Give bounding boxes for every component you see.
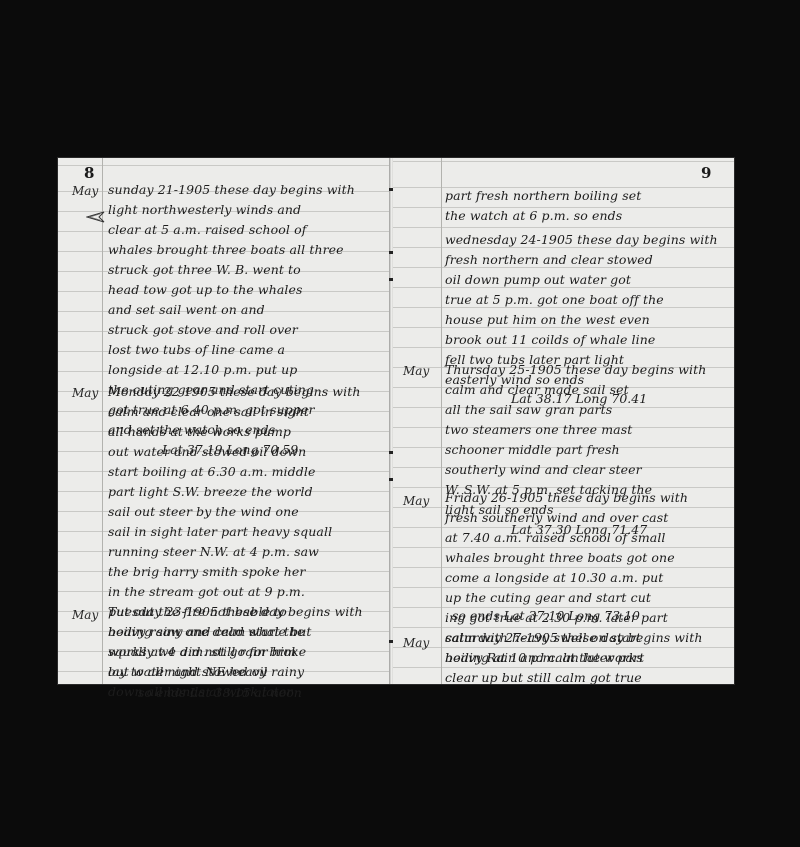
whale-stamp-icon [86,210,106,224]
log-entry-tuesday-23-continued: part fresh northern boiling set the watc… [445,186,731,226]
right-page: 9 part fresh northern boiling set the wa… [393,158,734,684]
right-margin-rule [441,158,442,684]
entry-month-label: May [72,184,98,198]
entry-month-label: May [72,386,98,400]
page-number-right: 9 [701,164,711,182]
entry-month-label: May [72,608,98,622]
log-entry-saturday-27: saturday 27-1905 these day begins with h… [445,628,731,688]
left-margin-rule [102,158,103,684]
entry-month-label: May [403,494,429,508]
entry-month-label: May [403,636,429,650]
log-entry-tuesday-23: Tuesday 23-1905 these day begins with he… [108,602,390,702]
entry-coordinates-friday: so ends Lat 37.10 Long 73.10 [452,608,640,623]
page-number-left: 8 [84,164,94,182]
entry-month-label: May [403,364,429,378]
logbook-spread: 8 May sunday 21-1905 these day begins wi… [58,158,734,684]
left-page: 8 May sunday 21-1905 these day begins wi… [58,158,391,684]
